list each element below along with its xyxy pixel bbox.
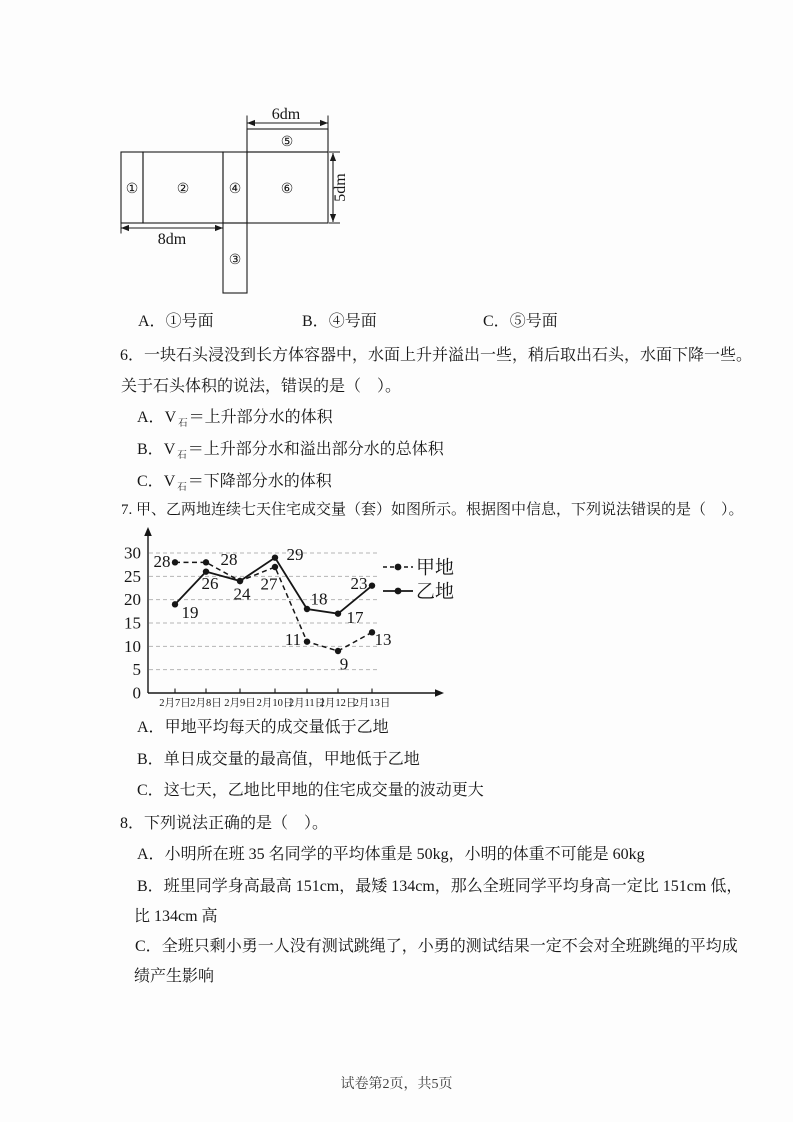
q5-option-b: B．④号面 [302, 312, 377, 331]
arrowhead-icon [247, 120, 255, 126]
y-tick-label: 10 [124, 637, 141, 656]
option-text: ①号面 [166, 313, 214, 330]
data-label: 9 [340, 655, 349, 674]
option-letter: C． [137, 473, 164, 490]
q5-option-a: A．①号面 [138, 312, 214, 331]
x-tick-label: 2月13日 [354, 697, 391, 709]
data-point [272, 554, 278, 560]
option-letter: C． [137, 782, 164, 799]
option-letter: B． [302, 313, 329, 330]
data-point [172, 559, 178, 565]
data-label: 19 [182, 603, 199, 622]
option-text: ＝上升部分水的体积 [189, 409, 333, 426]
arrowhead-icon [330, 153, 336, 161]
x-tick-label: 2月8日 [190, 697, 222, 709]
y-tick-label: 5 [133, 660, 142, 679]
q6-option-a: A．V石＝上升部分水的体积 [137, 408, 333, 434]
option-text: 这七天，乙地比甲地的住宅成交量的波动更大 [164, 782, 484, 799]
option-letter: A． [137, 719, 165, 736]
x-tick-label: 2月9日 [224, 697, 256, 709]
option-letter: A． [137, 846, 165, 863]
data-label: 24 [234, 585, 252, 604]
face-label-4: ④ [229, 182, 242, 197]
volume-subscript: 石 [177, 483, 187, 493]
face-label-3: ③ [229, 253, 242, 268]
data-label: 26 [202, 574, 219, 593]
arrowhead-icon [330, 214, 336, 222]
data-label: 28 [221, 550, 238, 569]
data-point [304, 638, 310, 644]
data-point [369, 582, 375, 588]
volume-variable: V [164, 441, 176, 458]
face-label-5: ⑤ [281, 135, 294, 150]
y-tick-label: 25 [124, 567, 141, 586]
box-net-figure: ① ② ③ ④ ⑤ ⑥ 6dm 8dm 5dm [100, 100, 360, 300]
q8-option-a: A．小明所在班 35 名同学的平均体重是 50kg，小明的体重不可能是 60kg [137, 845, 645, 864]
legend-dot [395, 588, 402, 595]
option-text: 班里同学身高最高 151cm，最矮 134cm，那么全班同学平均身高一定比 15… [164, 878, 743, 895]
dim-label-6dm: 6dm [272, 106, 301, 123]
q6-stem-line2: 关于石头体积的说法，错误的是（ ）。 [121, 377, 401, 396]
data-label: 18 [311, 590, 328, 609]
option-letter: B． [137, 751, 164, 768]
volume-variable: V [165, 409, 177, 426]
option-text: 全班只剩小勇一人没有测试跳绳了，小勇的测试结果一定不会对全班跳绳的平均成 [162, 938, 738, 955]
q6-option-c: C．V石＝下降部分水的体积 [137, 472, 332, 498]
volume-subscript: 石 [177, 451, 187, 461]
option-letter: B． [137, 441, 164, 458]
option-letter: C． [135, 938, 162, 955]
data-label: 13 [375, 630, 392, 649]
q7-option-a: A．甲地平均每天的成交量低于乙地 [137, 718, 389, 737]
y-tick-label: 20 [124, 590, 141, 609]
q6-option-b: B．V石＝上升部分水和溢出部分水的总体积 [137, 440, 444, 466]
data-label: 17 [347, 608, 365, 627]
y-tick-label: 30 [124, 544, 141, 563]
volume-subscript: 石 [178, 419, 188, 429]
data-point [304, 606, 310, 612]
legend-dot [395, 564, 402, 571]
x-tick-label: 2月12日 [320, 697, 357, 709]
face-label-6: ⑥ [281, 182, 294, 197]
data-point [335, 648, 341, 654]
arrowhead-icon [121, 225, 129, 231]
page-footer: 试卷第2页，共5页 [0, 1073, 793, 1093]
option-text: ＝下降部分水的体积 [188, 473, 332, 490]
option-text: ＝上升部分水和溢出部分水的总体积 [188, 441, 444, 458]
option-text: ⑤号面 [510, 313, 558, 330]
arrowhead-icon [320, 120, 328, 126]
face-label-2: ② [177, 182, 190, 197]
q8-option-b-line2: 比 134cm 高 [134, 907, 218, 926]
option-letter: B． [137, 878, 164, 895]
option-letter: A． [137, 409, 165, 426]
y-tick-label: 0 [133, 684, 142, 703]
arrowhead-icon [215, 225, 223, 231]
option-text: 单日成交量的最高值，甲地低于乙地 [164, 751, 420, 768]
exam-page: ① ② ③ ④ ⑤ ⑥ 6dm 8dm 5dm A．①号面 B．④号面 C．⑤号… [0, 0, 793, 1122]
y-axis-arrow-icon [144, 527, 152, 536]
data-label: 23 [351, 574, 368, 593]
y-tick-label: 15 [124, 614, 141, 633]
data-point [203, 559, 209, 565]
option-text: 甲地平均每天的成交量低于乙地 [165, 719, 389, 736]
option-letter: A． [138, 313, 166, 330]
q8-option-b-line1: B．班里同学身高最高 151cm，最矮 134cm，那么全班同学平均身高一定比 … [137, 877, 742, 896]
data-point [237, 578, 243, 584]
volume-variable: V [164, 473, 176, 490]
q8-stem: 8．下列说法正确的是（ ）。 [120, 814, 328, 833]
data-label: 28 [154, 552, 171, 571]
option-letter: C． [483, 313, 510, 330]
data-label: 27 [261, 575, 279, 594]
q8-option-c-line2: 绩产生影响 [134, 967, 214, 986]
q8-option-c-line1: C．全班只剩小勇一人没有测试跳绳了，小勇的测试结果一定不会对全班跳绳的平均成 [135, 937, 738, 956]
data-point [335, 610, 341, 616]
data-label: 11 [285, 630, 301, 649]
face-label-1: ① [126, 182, 139, 197]
data-point [172, 601, 178, 607]
legend-label: 乙地 [416, 581, 454, 603]
x-axis-arrow-icon [435, 689, 444, 697]
option-text: ④号面 [329, 313, 377, 330]
option-text: 小明所在班 35 名同学的平均体重是 50kg，小明的体重不可能是 60kg [165, 846, 645, 863]
housing-volume-line-chart: 0510152025302月7日2月8日2月9日2月10日2月11日2月12日2… [113, 524, 458, 716]
q7-option-c: C．这七天，乙地比甲地的住宅成交量的波动更大 [137, 781, 484, 800]
data-label: 29 [287, 545, 304, 564]
dim-label-5dm: 5dm [332, 173, 349, 202]
dim-label-8dm: 8dm [158, 231, 187, 248]
q7-option-b: B．单日成交量的最高值，甲地低于乙地 [137, 750, 420, 769]
q7-stem: 7. 甲、乙两地连续七天住宅成交量（套）如图所示。根据图中信息，下列说法错误的是… [121, 501, 744, 520]
data-point [272, 564, 278, 570]
legend-label: 甲地 [416, 557, 454, 579]
x-tick-label: 2月7日 [159, 697, 191, 709]
q6-stem-line1: 6．一块石头浸没到长方体容器中，水面上升并溢出一些，稍后取出石头，水面下降一些。 [120, 346, 752, 365]
q5-option-c: C．⑤号面 [483, 312, 558, 331]
